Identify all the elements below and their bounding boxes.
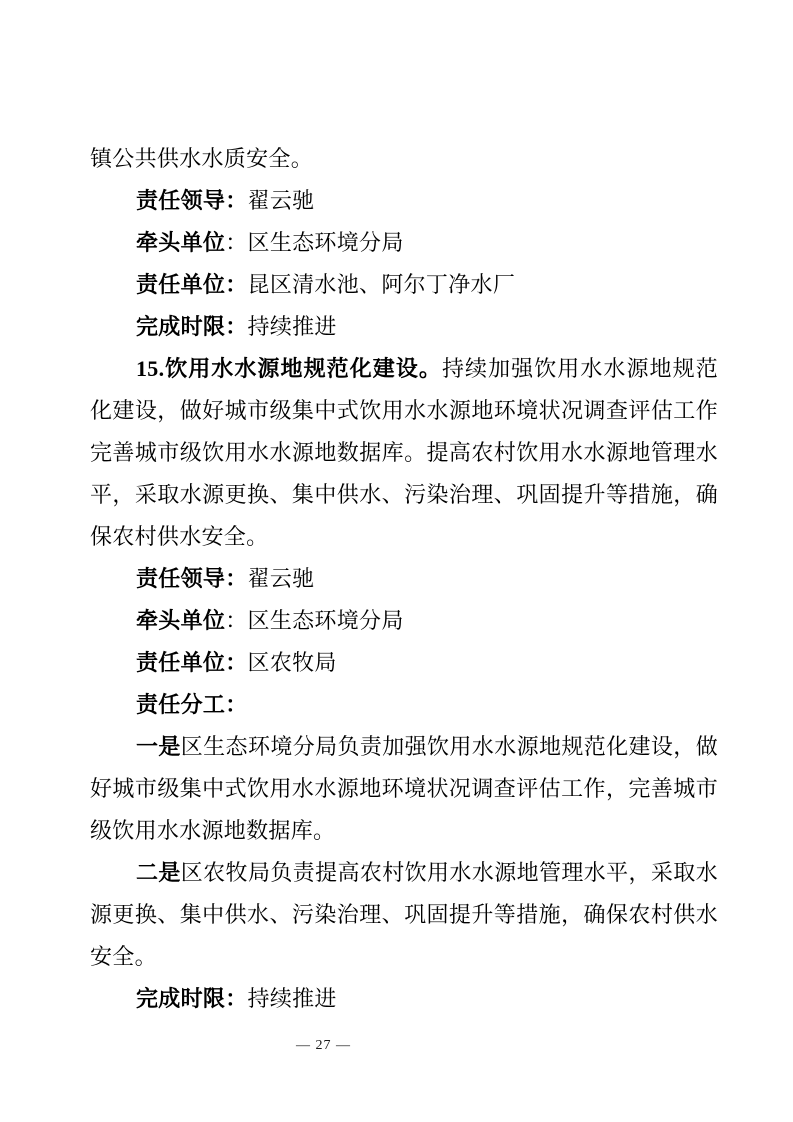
- text-line: 一是区生态环境分局负责加强饮用水水源地规范化建设，做: [90, 726, 718, 768]
- bold-text-segment: 15.: [136, 356, 164, 381]
- text-line: 完成时限：持续推进: [90, 306, 718, 348]
- text-line: 责任分工：: [90, 684, 718, 726]
- bold-text-segment: 责任单位：: [136, 272, 248, 297]
- text-segment: 区农牧局: [248, 650, 337, 675]
- bold-text-segment: 责任领导：: [136, 566, 248, 591]
- bold-text-segment: 完成时限：: [136, 986, 248, 1011]
- text-line: 镇公共供水水质安全。: [90, 138, 718, 180]
- document-body: 镇公共供水水质安全。责任领导：翟云驰牵头单位：区生态环境分局责任单位：昆区清水池…: [90, 138, 718, 1020]
- text-line: 完成时限：持续推进: [90, 978, 718, 1020]
- bold-text-segment: 一是: [136, 734, 181, 759]
- text-segment: 完善城市级饮用水水源地数据库。提高农村饮用水水源地管理水: [90, 440, 718, 465]
- bold-text-segment: 完成时限：: [136, 314, 248, 339]
- text-segment: 昆区清水池、阿尔丁净水厂: [248, 272, 516, 297]
- bold-text-segment: 牵头单位: [136, 608, 225, 633]
- text-segment: 保农村供水安全。: [90, 524, 268, 549]
- bold-text-segment: 饮用水水源地规范化建设。: [164, 356, 442, 381]
- text-line: 平，采取水源更换、集中供水、污染治理、巩固提升等措施，确: [90, 474, 718, 516]
- text-segment: 区生态环境分局: [248, 608, 404, 633]
- text-line: 保农村供水安全。: [90, 516, 718, 558]
- text-segment: 区生态环境分局负责加强饮用水水源地规范化建设，做: [181, 734, 718, 759]
- bold-text-segment: 牵头单位: [136, 230, 225, 255]
- text-line: 安全。: [90, 936, 718, 978]
- text-segment: ：: [225, 230, 247, 255]
- text-line: 15.饮用水水源地规范化建设。持续加强饮用水水源地规范: [90, 348, 718, 390]
- bold-text-segment: 责任分工：: [136, 692, 248, 717]
- bold-text-segment: 责任单位：: [136, 650, 248, 675]
- text-line: 责任领导：翟云驰: [90, 558, 718, 600]
- text-line: 化建设，做好城市级集中式饮用水水源地环境状况调查评估工作: [90, 390, 718, 432]
- text-line: 牵头单位：区生态环境分局: [90, 600, 718, 642]
- text-segment: ：: [225, 608, 247, 633]
- text-segment: 好城市级集中式饮用水水源地环境状况调查评估工作，完善城市: [90, 776, 718, 801]
- text-segment: 区农牧局负责提高农村饮用水水源地管理水平，采取水: [181, 860, 718, 885]
- text-line: 源更换、集中供水、污染治理、巩固提升等措施，确保农村供水: [90, 894, 718, 936]
- text-line: 责任单位：昆区清水池、阿尔丁净水厂: [90, 264, 718, 306]
- text-segment: 安全。: [90, 944, 157, 969]
- bold-text-segment: 二是: [136, 860, 181, 885]
- text-line: 责任单位：区农牧局: [90, 642, 718, 684]
- text-line: 二是区农牧局负责提高农村饮用水水源地管理水平，采取水: [90, 852, 718, 894]
- text-segment: 级饮用水水源地数据库。: [90, 818, 335, 843]
- page-number: — 27 —: [296, 1038, 351, 1054]
- text-segment: 持续推进: [248, 986, 337, 1011]
- text-segment: 镇公共供水水质安全。: [90, 146, 313, 171]
- text-segment: 翟云驰: [248, 566, 315, 591]
- text-line: 完善城市级饮用水水源地数据库。提高农村饮用水水源地管理水: [90, 432, 718, 474]
- bold-text-segment: 责任领导：: [136, 188, 248, 213]
- text-line: 责任领导：翟云驰: [90, 180, 718, 222]
- text-segment: 平，采取水源更换、集中供水、污染治理、巩固提升等措施，确: [90, 482, 718, 507]
- text-line: 牵头单位：区生态环境分局: [90, 222, 718, 264]
- text-segment: 化建设，做好城市级集中式饮用水水源地环境状况调查评估工作: [90, 398, 718, 423]
- text-segment: 翟云驰: [248, 188, 315, 213]
- text-segment: 源更换、集中供水、污染治理、巩固提升等措施，确保农村供水: [90, 902, 718, 927]
- text-line: 好城市级集中式饮用水水源地环境状况调查评估工作，完善城市: [90, 768, 718, 810]
- text-segment: 持续加强饮用水水源地规范: [442, 356, 718, 381]
- text-segment: 区生态环境分局: [248, 230, 404, 255]
- text-line: 级饮用水水源地数据库。: [90, 810, 718, 852]
- text-segment: 持续推进: [248, 314, 337, 339]
- document-page: 镇公共供水水质安全。责任领导：翟云驰牵头单位：区生态环境分局责任单位：昆区清水池…: [0, 0, 793, 1122]
